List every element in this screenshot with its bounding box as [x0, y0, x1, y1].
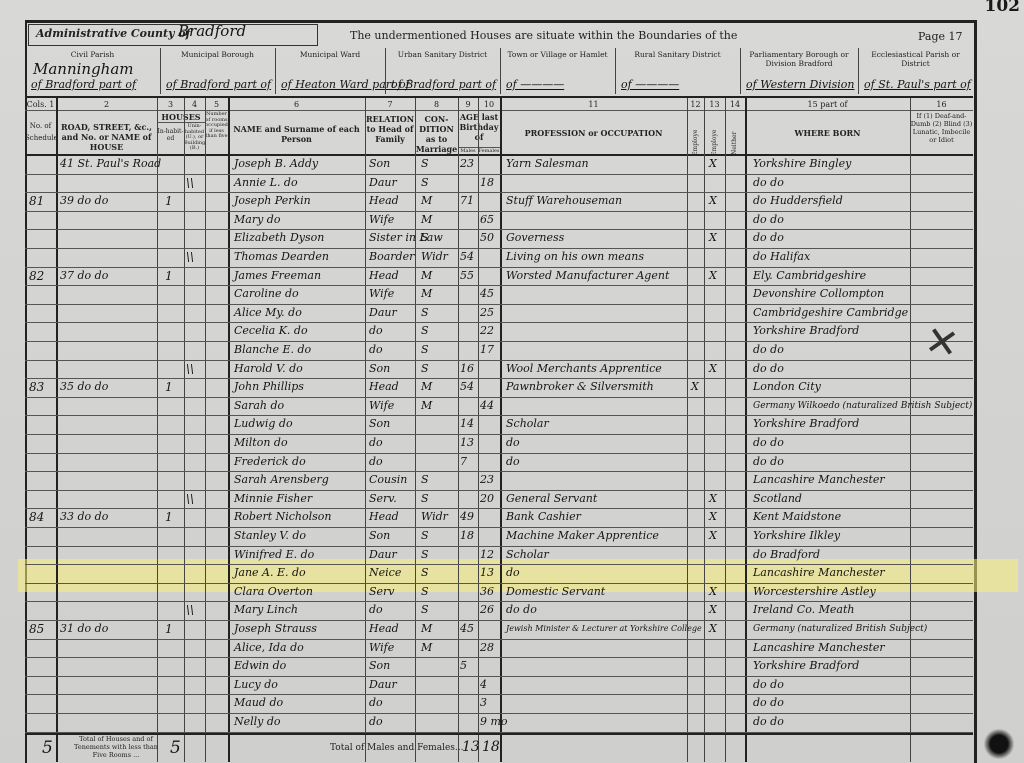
table-row: 41 St. Paul's RoadJoseph B. AddySonS23Ya… — [0, 155, 1024, 174]
district-sub: of Bradford part of — [166, 78, 271, 91]
cell-male-age: 49 — [460, 508, 474, 526]
header-inhabited: In-habit-ed — [157, 128, 184, 142]
cell-occupation: Bank Cashier — [506, 508, 581, 526]
column-number: 12 — [687, 100, 704, 109]
cell-name: Joseph Perkin — [234, 192, 311, 210]
cell-relation: Serv. — [369, 490, 397, 508]
cell-name: Frederick do — [234, 453, 306, 471]
cell-road: 41 St. Paul's Road — [60, 155, 161, 173]
cell-inhabited: 1 — [165, 508, 173, 526]
cell-name: Clara Overton — [234, 583, 313, 601]
table-row: Alice, Ida doWifeM28Lancashire Mancheste… — [0, 639, 1024, 658]
table-row: Nelly dodo9 modo do — [0, 713, 1024, 732]
total-males: 13 — [462, 739, 480, 755]
district-label: Civil Parish — [25, 50, 160, 59]
table-row: Elizabeth DysonSister in LawS50Governess… — [0, 229, 1024, 248]
cell-name: Jane A. E. do — [234, 564, 306, 582]
cell-occupation: do — [506, 564, 520, 582]
cell-relation: Head — [369, 192, 399, 210]
cell-male-age: 5 — [460, 657, 467, 675]
cell-occupation: General Servant — [506, 490, 597, 508]
cell-condition: S — [421, 322, 429, 340]
total-inhabited: 5 — [170, 738, 181, 758]
sheet-number: 102 — [985, 0, 1021, 16]
district-divider — [160, 48, 161, 94]
header-name: NAME and Surname of each Person — [228, 124, 365, 144]
district-divider — [275, 48, 276, 94]
cell-born: Yorkshire Bradford — [753, 657, 859, 675]
cell-occupation: Wool Merchants Apprentice — [506, 360, 662, 378]
district-label: Municipal Ward — [275, 50, 385, 59]
column-number: 5 — [205, 100, 228, 109]
table-row: 8335 do do1John PhillipsHeadM54Pawnbroke… — [0, 378, 1024, 397]
district-sub: of St. Paul's part of — [864, 78, 971, 91]
cell-employed: X — [709, 155, 717, 173]
cell-male-age: 55 — [460, 267, 474, 285]
header-houses: HOUSES — [157, 112, 205, 122]
district-sub: of ———— — [506, 78, 564, 91]
cell-condition: S — [421, 174, 429, 192]
cell-female-age: 23 — [480, 471, 494, 489]
cell-male-age: 16 — [460, 360, 474, 378]
cell-relation: Neice — [369, 564, 401, 582]
cell-female-age: 36 — [480, 583, 494, 601]
cell-name: Cecelia K. do — [234, 322, 308, 340]
cell-occupation: Scholar — [506, 546, 549, 564]
district-sub: of Western Division — [746, 78, 854, 91]
header-employed: Employed — [704, 130, 725, 156]
cell-condition: M — [421, 267, 432, 285]
cell-relation: Son — [369, 155, 390, 173]
table-row: Edwin doSon5Yorkshire Bradford — [0, 657, 1024, 676]
cell-born: London City — [753, 378, 821, 396]
cell-condition: M — [421, 192, 432, 210]
cell-female-age: 45 — [480, 285, 494, 303]
cell-born: do do — [753, 174, 784, 192]
cell-female-age: 65 — [480, 211, 494, 229]
cell-name: Maud do — [234, 694, 283, 712]
cell-born: Kent Maidstone — [753, 508, 841, 526]
cell-name: Sarah do — [234, 397, 284, 415]
column-number: 14 — [725, 100, 745, 109]
cell-name: Winifred E. do — [234, 546, 314, 564]
total-houses: 5 — [42, 738, 53, 758]
cell-condition: S — [421, 360, 429, 378]
county-label: Administrative County of — [36, 27, 190, 40]
cell-employed: X — [709, 527, 717, 545]
column-number: 9 — [458, 100, 478, 109]
cell-road: 35 do do — [60, 378, 108, 396]
cell-female-age: 12 — [480, 546, 494, 564]
column-number: 3 — [157, 100, 184, 109]
page-label: Page 17 — [918, 30, 963, 43]
cell-name: Robert Nicholson — [234, 508, 332, 526]
table-row: \\Minnie FisherServ.S20General ServantXS… — [0, 490, 1024, 509]
cell-born: Yorkshire Bradford — [753, 322, 859, 340]
cell-name: Lucy do — [234, 676, 278, 694]
header-schedule: No. of Schedule — [25, 120, 56, 144]
column-number: 8 — [415, 100, 458, 109]
cell-relation: do — [369, 341, 383, 359]
table-row: 8237 do do1James FreemanHeadM55Worsted M… — [0, 267, 1024, 286]
cell-born: do do — [753, 713, 784, 731]
divider — [157, 122, 205, 123]
cell-relation: Daur — [369, 676, 397, 694]
cell-female-age: 20 — [480, 490, 494, 508]
district-divider — [385, 48, 386, 94]
cell-condition: S — [421, 155, 429, 173]
cell-born: Lancashire Manchester — [753, 471, 885, 489]
cell-uninhabited: \\ — [186, 490, 194, 508]
cell-born: Ireland Co. Meath — [753, 601, 855, 619]
cell-born: Germany (naturalized British Subject) — [753, 620, 927, 638]
cell-occupation: Pawnbroker & Silversmith — [506, 378, 654, 396]
cell-relation: Son — [369, 527, 390, 545]
cell-inhabited: 1 — [165, 267, 173, 285]
column-number: Cols. 1 — [25, 100, 56, 109]
total-persons-label: Total of Males and Females... — [330, 743, 464, 753]
cell-born: do Bradford — [753, 546, 820, 564]
total-houses-label: Total of Houses and of Tenements with le… — [70, 735, 162, 759]
cell-name: Alice My. do — [234, 304, 302, 322]
cell-male-age: 7 — [460, 453, 467, 471]
district-label: Ecclesiastical Parish or District — [858, 50, 973, 68]
header-employer: Employer — [687, 130, 704, 156]
cell-road: 33 do do — [60, 508, 108, 526]
cell-female-age: 44 — [480, 397, 494, 415]
cell-name: James Freeman — [234, 267, 321, 285]
cell-employed: X — [709, 508, 717, 526]
cell-condition: S — [421, 229, 429, 247]
cell-condition: S — [421, 601, 429, 619]
cell-occupation: Jewish Minister & Lecturer at Yorkshire … — [506, 620, 702, 638]
cell-relation: Head — [369, 508, 399, 526]
cell-condition: S — [421, 583, 429, 601]
cell-relation: Wife — [369, 639, 394, 657]
cell-born: do do — [753, 229, 784, 247]
cell-born: Lancashire Manchester — [753, 564, 885, 582]
cell-born: Yorkshire Bingley — [753, 155, 851, 173]
column-number: 4 — [184, 100, 205, 109]
cell-occupation: Living on his own means — [506, 248, 644, 266]
cell-relation: do — [369, 694, 383, 712]
table-row: Clara OvertonServS36Domestic ServantXWor… — [0, 583, 1024, 602]
cell-name: Ludwig do — [234, 415, 293, 433]
cell-condition: S — [421, 564, 429, 582]
cell-relation: Cousin — [369, 471, 407, 489]
table-row: Frederick dodo7dodo do — [0, 453, 1024, 472]
cell-relation: Wife — [369, 397, 394, 415]
cell-born: do do — [753, 360, 784, 378]
cell-condition: S — [421, 304, 429, 322]
cell-condition: S — [421, 490, 429, 508]
cell-name: Alice, Ida do — [234, 639, 304, 657]
cell-relation: Serv — [369, 583, 395, 601]
table-row: Alice My. doDaurS25Cambridgeshire Cambri… — [0, 304, 1024, 323]
cell-inhabited: 1 — [165, 378, 173, 396]
table-row: Jane A. E. doNeiceS13doLancashire Manche… — [0, 564, 1024, 583]
header-uninhabited: Unin-habited (U.), or Building (B.) — [184, 124, 205, 152]
cell-condition: Widr — [421, 508, 448, 526]
cell-employed: X — [709, 490, 717, 508]
cell-relation: Son — [369, 415, 390, 433]
cell-born: do do — [753, 694, 784, 712]
divider — [458, 147, 500, 148]
table-row: Ludwig doSon14ScholarYorkshire Bradford — [0, 415, 1024, 434]
cell-name: Nelly do — [234, 713, 281, 731]
cell-relation: Daur — [369, 304, 397, 322]
header-age: AGE last Birthday of — [458, 112, 500, 142]
column-number: 7 — [365, 100, 415, 109]
cell-born: Germany Wilkoedo (naturalized British Su… — [753, 397, 938, 415]
cell-relation: do — [369, 322, 383, 340]
cell-born: Lancashire Manchester — [753, 639, 885, 657]
header-relation: RELATION to Head of Family — [365, 114, 415, 144]
district-sub: of ———— — [621, 78, 679, 91]
cell-employed: X — [709, 601, 717, 619]
cell-name: Sarah Arensberg — [234, 471, 329, 489]
district-divider — [740, 48, 741, 94]
cell-inhabited: 1 — [165, 620, 173, 638]
table-row: Maud dodo3do do — [0, 694, 1024, 713]
table-row: Blanche E. dodoS17do do — [0, 341, 1024, 360]
cell-female-age: 18 — [480, 174, 494, 192]
cell-occupation: Stuff Warehouseman — [506, 192, 622, 210]
district-label: Town or Village or Hamlet — [500, 50, 615, 59]
district-label: Urban Sanitary District — [385, 50, 500, 59]
cell-name: Milton do — [234, 434, 288, 452]
cell-born: do do — [753, 341, 784, 359]
cell-name: Joseph Strauss — [234, 620, 317, 638]
cell-relation: Daur — [369, 174, 397, 192]
table-row: \\Mary LinchdoS26do doXIreland Co. Meath — [0, 601, 1024, 620]
cell-male-age: 18 — [460, 527, 474, 545]
header-born: WHERE BORN — [745, 128, 910, 138]
cell-condition: M — [421, 397, 432, 415]
table-row: Sarah doWifeM44Germany Wilkoedo (natural… — [0, 397, 1024, 416]
cell-born: Cambridgeshire Cambridge — [753, 304, 908, 322]
header-neither: Neither Employer nor Employed — [725, 130, 745, 156]
totals-divider — [25, 733, 973, 735]
cell-male-age: 71 — [460, 192, 474, 210]
ink-smudge — [984, 728, 1014, 760]
cell-male-age: 14 — [460, 415, 474, 433]
cell-male-age: 54 — [460, 248, 474, 266]
cell-female-age: 26 — [480, 601, 494, 619]
cell-employed: X — [709, 229, 717, 247]
cell-female-age: 50 — [480, 229, 494, 247]
cell-relation: do — [369, 601, 383, 619]
district-divider — [500, 48, 501, 94]
cell-male-age: 54 — [460, 378, 474, 396]
cell-born: Worcestershire Astley — [753, 583, 876, 601]
cell-condition: M — [421, 378, 432, 396]
cell-name: Joseph B. Addy — [234, 155, 318, 173]
cell-relation: Daur — [369, 546, 397, 564]
column-number: 6 — [228, 100, 365, 109]
cell-relation: do — [369, 713, 383, 731]
cell-relation: Wife — [369, 285, 394, 303]
cell-relation: do — [369, 453, 383, 471]
district-label: Parliamentary Borough or Division Bradfo… — [740, 50, 858, 68]
cell-female-age: 4 — [480, 676, 487, 694]
cell-condition: M — [421, 211, 432, 229]
district-label: Municipal Borough — [160, 50, 275, 59]
cell-employer: X — [691, 378, 699, 396]
cell-male-age: 23 — [460, 155, 474, 173]
cell-schedule: 81 — [29, 192, 44, 210]
cell-occupation: do — [506, 434, 520, 452]
header-condition: CON-DITION as to Marriage — [415, 114, 458, 154]
cell-schedule: 85 — [29, 620, 44, 638]
cell-occupation: do — [506, 453, 520, 471]
cell-condition: M — [421, 285, 432, 303]
cell-occupation: Worsted Manufacturer Agent — [506, 267, 669, 285]
cell-born: do do — [753, 211, 784, 229]
cell-female-age: 3 — [480, 694, 487, 712]
cell-occupation: Domestic Servant — [506, 583, 605, 601]
cell-schedule: 84 — [29, 508, 44, 526]
cell-relation: Boarder — [369, 248, 414, 266]
cell-employed: X — [709, 192, 717, 210]
cell-employed: X — [709, 620, 717, 638]
cell-occupation: do do — [506, 601, 537, 619]
cell-name: Minnie Fisher — [234, 490, 312, 508]
cell-born: Ely. Cambridgeshire — [753, 267, 866, 285]
table-row: 8139 do do1Joseph PerkinHeadM71Stuff War… — [0, 192, 1024, 211]
cell-name: Annie L. do — [234, 174, 298, 192]
district-value: Manningham — [33, 60, 134, 78]
cell-employed: X — [709, 267, 717, 285]
cell-born: Devonshire Collompton — [753, 285, 884, 303]
cell-occupation: Scholar — [506, 415, 549, 433]
table-row: \\Harold V. doSonS16Wool Merchants Appre… — [0, 360, 1024, 379]
table-row: Cecelia K. dodoS22Yorkshire Bradford — [0, 322, 1024, 341]
cell-uninhabited: \\ — [186, 601, 194, 619]
cell-male-age: 45 — [460, 620, 474, 638]
cell-female-age: 17 — [480, 341, 494, 359]
table-row: \\Annie L. doDaurS18do do — [0, 174, 1024, 193]
table-row: Caroline doWifeM45Devonshire Collompton — [0, 285, 1024, 304]
cell-condition: S — [421, 527, 429, 545]
district-label: Rural Sanitary District — [615, 50, 740, 59]
cell-relation: Head — [369, 620, 399, 638]
cell-born: Yorkshire Ilkley — [753, 527, 840, 545]
cell-born: do do — [753, 453, 784, 471]
cell-relation: Wife — [369, 211, 394, 229]
cell-inhabited: 1 — [165, 192, 173, 210]
table-row: Lucy doDaur4do do — [0, 676, 1024, 695]
table-row: 8433 do do1Robert NicholsonHeadWidr49Ban… — [0, 508, 1024, 527]
column-number: 2 — [56, 100, 157, 109]
cell-relation: do — [369, 434, 383, 452]
cell-born: do do — [753, 676, 784, 694]
cell-relation: Head — [369, 378, 399, 396]
cell-condition: M — [421, 639, 432, 657]
header-road: ROAD, STREET, &c., and No. or NAME of HO… — [56, 122, 157, 152]
cell-relation: Head — [369, 267, 399, 285]
cell-occupation: Yarn Salesman — [506, 155, 589, 173]
table-row: Sarah ArensbergCousinS23Lancashire Manch… — [0, 471, 1024, 490]
cell-uninhabited: \\ — [186, 360, 194, 378]
cell-name: Thomas Dearden — [234, 248, 329, 266]
cell-female-age: 9 mo — [480, 713, 508, 731]
cell-male-age: 13 — [460, 434, 474, 452]
cell-female-age: 13 — [480, 564, 494, 582]
table-row: 8531 do do1Joseph StraussHeadM45Jewish M… — [0, 620, 1024, 639]
district-sub: of Bradford part of — [391, 78, 496, 91]
cell-employed: X — [709, 360, 717, 378]
district-divider — [858, 48, 859, 94]
column-number: 10 — [478, 100, 500, 109]
cell-road: 39 do do — [60, 192, 108, 210]
cell-condition: S — [421, 471, 429, 489]
cell-female-age: 25 — [480, 304, 494, 322]
cell-relation: Son — [369, 657, 390, 675]
total-females: 18 — [482, 739, 500, 755]
cell-name: Stanley V. do — [234, 527, 306, 545]
cell-name: Edwin do — [234, 657, 286, 675]
divider — [25, 110, 973, 111]
cell-name: Blanche E. do — [234, 341, 311, 359]
column-number: 16 — [910, 100, 973, 109]
census-page: 102 Administrative County of Bradford Th… — [0, 0, 1024, 763]
cell-born: Yorkshire Bradford — [753, 415, 859, 433]
cell-road: 31 do do — [60, 620, 108, 638]
cell-schedule: 83 — [29, 378, 44, 396]
cell-name: Harold V. do — [234, 360, 303, 378]
cell-born: Scotland — [753, 490, 802, 508]
cell-born: do Halifax — [753, 248, 810, 266]
cell-female-age: 22 — [480, 322, 494, 340]
cell-condition: M — [421, 620, 432, 638]
cell-female-age: 28 — [480, 639, 494, 657]
table-row: \\Thomas DeardenBoarderWidr54Living on h… — [0, 248, 1024, 267]
cell-schedule: 82 — [29, 267, 44, 285]
cell-uninhabited: \\ — [186, 174, 194, 192]
cell-born: do Huddersfield — [753, 192, 843, 210]
column-number: 13 — [704, 100, 725, 109]
cell-employed: X — [709, 583, 717, 601]
table-row: Winifred E. doDaurS12Scholardo Bradford — [0, 546, 1024, 565]
table-row: Mary doWifeM65do do — [0, 211, 1024, 230]
cell-condition: S — [421, 546, 429, 564]
divider — [25, 96, 973, 98]
cell-road: 37 do do — [60, 267, 108, 285]
cell-uninhabited: \\ — [186, 248, 194, 266]
cell-relation: Son — [369, 360, 390, 378]
cell-name: Elizabeth Dyson — [234, 229, 324, 247]
column-number: 15 part of — [745, 100, 910, 109]
header-infirmity: If (1) Deaf-and-Dumb (2) Blind (3) Lunat… — [910, 112, 973, 144]
district-sub: of Bradford part of — [31, 78, 136, 91]
cell-occupation: Governess — [506, 229, 564, 247]
cell-condition: Widr — [421, 248, 448, 266]
cell-name: Mary Linch — [234, 601, 298, 619]
cell-name: Mary do — [234, 211, 280, 229]
cell-name: John Phillips — [234, 378, 304, 396]
header-banner: The undermentioned Houses are situate wi… — [350, 29, 737, 42]
header-rooms: Number of rooms occupied if less than fi… — [205, 112, 228, 140]
table-row: Stanley V. doSonS18Machine Maker Apprent… — [0, 527, 1024, 546]
cell-name: Caroline do — [234, 285, 299, 303]
district-divider — [615, 48, 616, 94]
county-value: Bradford — [178, 22, 246, 40]
column-number: 11 — [500, 100, 687, 109]
header-occupation: PROFESSION or OCCUPATION — [500, 128, 687, 138]
cell-condition: S — [421, 341, 429, 359]
cell-born: do do — [753, 434, 784, 452]
